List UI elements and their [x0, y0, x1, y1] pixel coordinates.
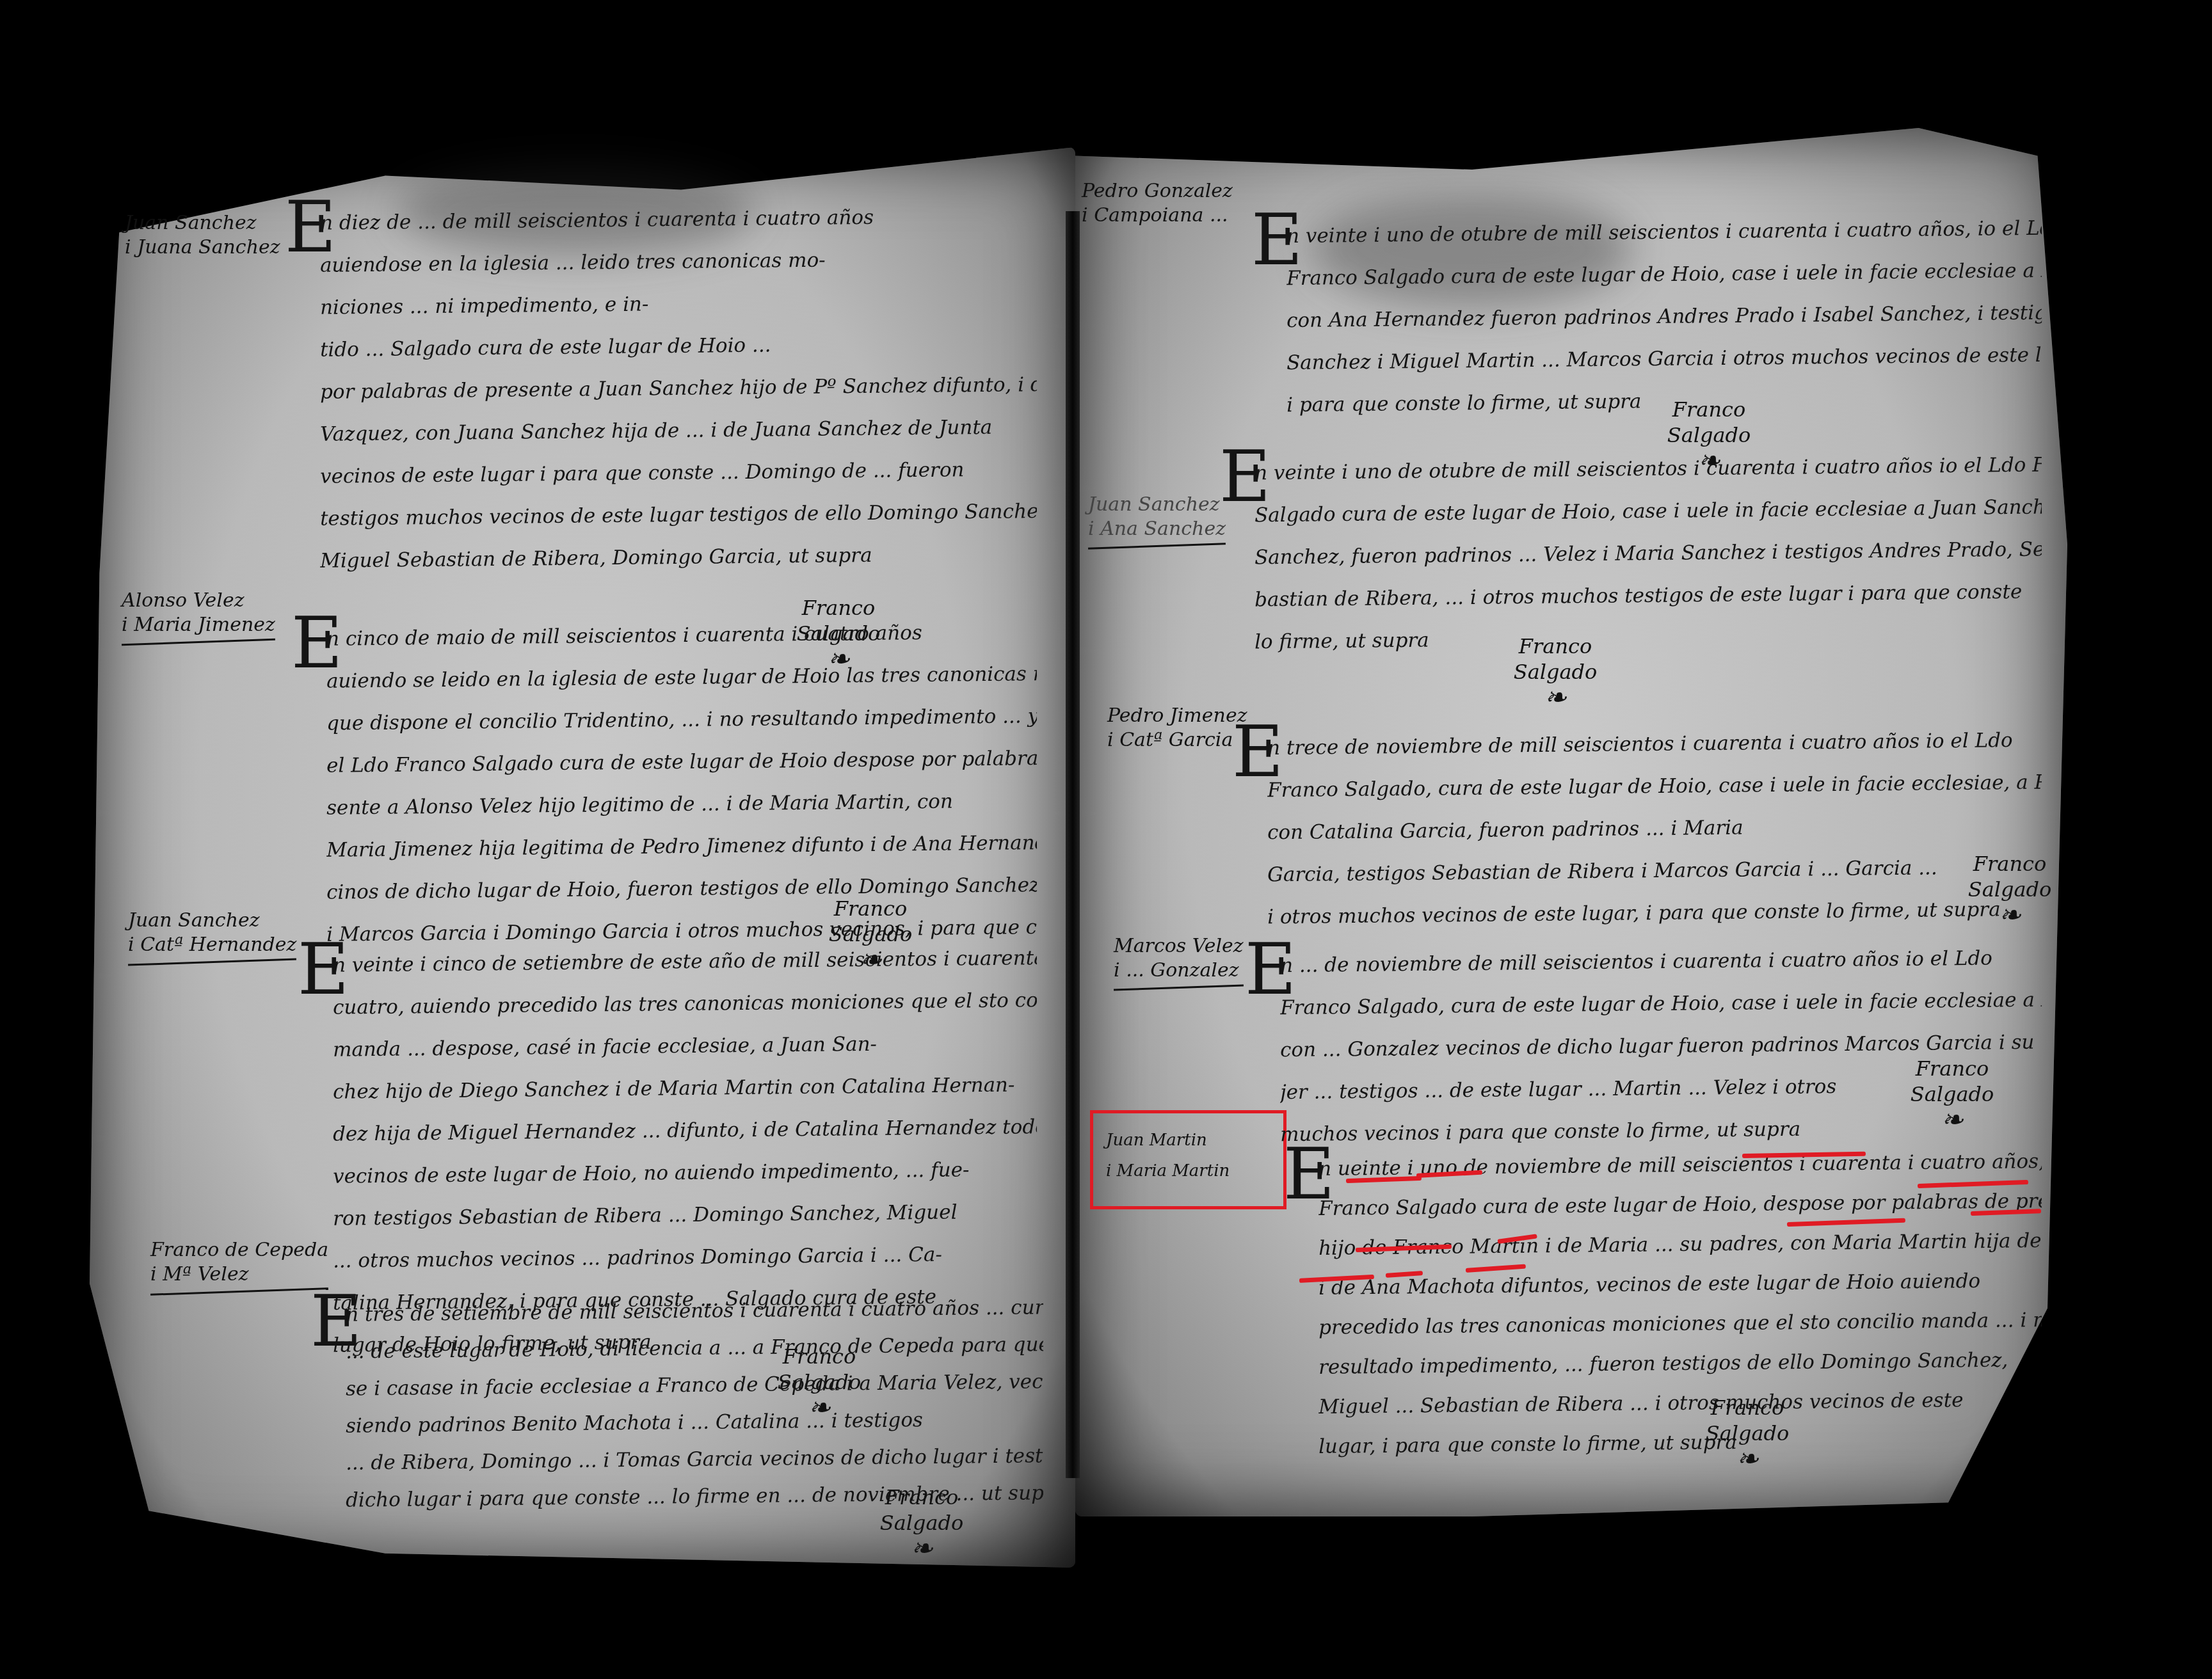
entry-line: Sanchez i Miguel Martin ... Marcos Garci…: [1286, 334, 2042, 384]
rubric-flourish: ❧: [1485, 685, 1626, 710]
entry-line: n cinco de maio de mill seiscientos i cu…: [326, 610, 1038, 660]
entry-line: n ... de noviembre de mill seiscientos i…: [1280, 937, 2042, 987]
entry-line: auiendose en la iglesia ... leido tres c…: [320, 237, 1038, 287]
entry-line: Vazquez, con Juana Sanchez hija de ... i…: [320, 406, 1038, 456]
entry-line: por palabras de presente a Juan Sanchez …: [320, 363, 1038, 413]
entry-line: Maria Jimenez hija legitima de Pedro Jim…: [326, 822, 1038, 871]
entry-line: precedido las tres canonicas moniciones …: [1318, 1300, 2042, 1348]
margin-note-line: Juan Sanchez: [125, 212, 257, 234]
margin-note: Franco de Cepeda i Mª Velez: [150, 1238, 328, 1293]
signature-text: Franco Salgado: [1968, 852, 2052, 902]
signature: Franco Salgado ❧: [1485, 633, 1626, 710]
entry-line: i otros muchos vecinos de este lugar, i …: [1267, 888, 2042, 939]
book-gutter: [1066, 211, 1080, 1478]
entry-line: con Ana Hernandez fueron padrinos Andres…: [1286, 292, 2042, 342]
entry-line: Franco Salgado cura de este lugar de Hoi…: [1318, 1181, 2042, 1229]
entry-line: con Catalina Garcia, fueron padrinos ...…: [1267, 804, 2042, 854]
entry-line: resultado impedimento, ... fueron testig…: [1318, 1340, 2042, 1387]
margin-note: Pedro Gonzalez i Campoiana ...: [1082, 179, 1233, 228]
signature: Franco Salgado ❧: [1677, 1395, 1818, 1472]
margin-note: Juan Sanchez i Catª Hernandez: [128, 909, 296, 963]
margin-note: Marcos Velez i ... Gonzalez: [1114, 934, 1244, 989]
rubric-flourish: ❧: [1888, 1107, 2016, 1133]
entry-line: n trece de noviembre de mill seiscientos…: [1267, 719, 2042, 770]
entry-line: i de Ana Machota difuntos, vecinos de es…: [1318, 1261, 2042, 1308]
entry-line: cuatro, auiendo precedido las tres canon…: [333, 979, 1038, 1029]
rubric-flourish: ❧: [1952, 902, 2067, 928]
entry-line: manda ... despose, casé in facie ecclesi…: [333, 1021, 1038, 1071]
entry-line: Franco Salgado cura de este lugar de Hoi…: [1286, 250, 2042, 299]
margin-note-line: i Mª Velez: [150, 1263, 248, 1285]
margin-note-line: i Juana Sanchez: [125, 236, 280, 259]
margin-note-line: Pedro Gonzalez: [1082, 180, 1233, 202]
entry-line: vecinos de este lugar i para que conste …: [320, 448, 1038, 498]
entry-line: testigos muchos vecinos de este lugar te…: [320, 490, 1038, 540]
entry-line: n veinte i uno de otubre de mill seiscie…: [1286, 207, 2042, 257]
margin-note: Juan Sanchez i Ana Sanchez: [1088, 493, 1226, 547]
register-entry: E n trece de noviembre de mill seiscient…: [1267, 723, 2042, 934]
entry-line: que dispone el concilio Tridentino, ... …: [326, 695, 1038, 745]
entry-line: vecinos de este lugar de Hoio, no auiend…: [333, 1148, 1038, 1198]
signature: Franco Salgado ❧: [1952, 851, 2067, 928]
margin-note-line: i Catª Hernandez: [128, 934, 296, 956]
rubric-flourish: ❧: [1677, 1446, 1818, 1472]
entry-line: Miguel Sebastian de Ribera, Domingo Garc…: [320, 532, 1038, 582]
page-number: 12: [1920, 90, 1974, 134]
signature: Franco Salgado ❧: [1888, 1056, 2016, 1133]
entry-line: dez hija de Miguel Hernandez ... difunto…: [333, 1106, 1038, 1156]
margin-note-line: Juan Martin: [1106, 1131, 1207, 1150]
margin-note-line: i Ana Sanchez: [1088, 518, 1226, 540]
register-entry: E n veinte i uno de otubre de mill seisc…: [1286, 211, 2042, 422]
entry-line: n diez de ... de mill seiscientos i cuar…: [320, 195, 1038, 244]
signature-text: Franco Salgado: [1514, 634, 1598, 684]
margin-note-line: i ... Gonzalez: [1114, 959, 1238, 982]
highlight-box: Juan Martin i Maria Martin: [1090, 1110, 1286, 1209]
register-entry: E n diez de ... de mill seiscientos i cu…: [320, 198, 1037, 578]
margin-note-line: Marcos Velez: [1114, 935, 1244, 957]
entry-line: ... otros muchos vecinos ... padrinos Do…: [333, 1232, 1038, 1282]
scanned-document: 12 Juan Sanchez i Juana Sanchez Alonso V…: [0, 0, 2212, 1679]
margin-note-line: i Catª Garcia: [1107, 729, 1233, 751]
margin-note-line: i Maria Martin: [1106, 1161, 1230, 1181]
margin-note-line: i Campoiana ...: [1082, 204, 1228, 227]
entry-line: Franco Salgado, cura de este lugar de Ho…: [1280, 979, 2042, 1029]
margin-note-line: i Maria Jimenez: [122, 614, 275, 636]
entry-line: chez hijo de Diego Sanchez i de Maria Ma…: [333, 1063, 1038, 1113]
margin-note: Juan Martin i Maria Martin: [1106, 1125, 1230, 1186]
signature-text: Franco Salgado: [880, 1485, 964, 1535]
margin-note-line: Pedro Jimenez: [1107, 704, 1247, 727]
margin-note: Pedro Jimenez i Catª Garcia: [1107, 704, 1247, 752]
margin-note: Juan Sanchez i Juana Sanchez: [125, 211, 280, 260]
margin-note-line: Juan Sanchez: [128, 909, 260, 932]
entry-line: n ueinte i uno de noviembre de mill seis…: [1318, 1142, 2042, 1189]
signature-text: Franco Salgado: [1706, 1396, 1790, 1445]
entry-line: el Ldo Franco Salgado cura de este lugar…: [326, 737, 1038, 787]
signature-text: Franco Salgado: [1911, 1056, 1994, 1106]
register-entry: E n veinte i uno de otubre de mill seisc…: [1254, 448, 2042, 659]
entry-line: lo firme, ut supra: [1254, 613, 2042, 664]
signature: Franco Salgado ❧: [851, 1484, 992, 1561]
margin-note-line: Franco de Cepeda: [150, 1239, 328, 1261]
entry-line: niciones ... ni impedimento, e in-: [320, 279, 1038, 329]
entry-line: Franco Salgado, cura de este lugar de Ho…: [1267, 761, 2042, 812]
entry-line: tido ... Salgado cura de este lugar de H…: [320, 321, 1038, 371]
margin-note-line: Alonso Velez: [122, 589, 244, 612]
entry-line: ron testigos Sebastian de Ribera ... Dom…: [333, 1190, 1038, 1240]
entry-line: auiendo se leido en la iglesia de este l…: [326, 653, 1038, 703]
entry-line: Garcia, testigos Sebastian de Ribera i M…: [1267, 846, 2042, 896]
signature-text: Franco Salgado: [1667, 397, 1751, 447]
margin-note-line: Juan Sanchez: [1088, 493, 1220, 516]
rubric-flourish: ❧: [851, 1536, 992, 1561]
entry-line: hijo de Franco Martin i de Maria ... su …: [1318, 1221, 2042, 1268]
register-entry: E n tres de setiembre de mill seisciento…: [346, 1293, 1043, 1515]
entry-line: n veinte i cinco de setiembre de este añ…: [333, 937, 1038, 987]
margin-note: Alonso Velez i Maria Jimenez: [122, 589, 275, 643]
entry-line: sente a Alonso Velez hijo legitimo de ..…: [326, 779, 1038, 829]
